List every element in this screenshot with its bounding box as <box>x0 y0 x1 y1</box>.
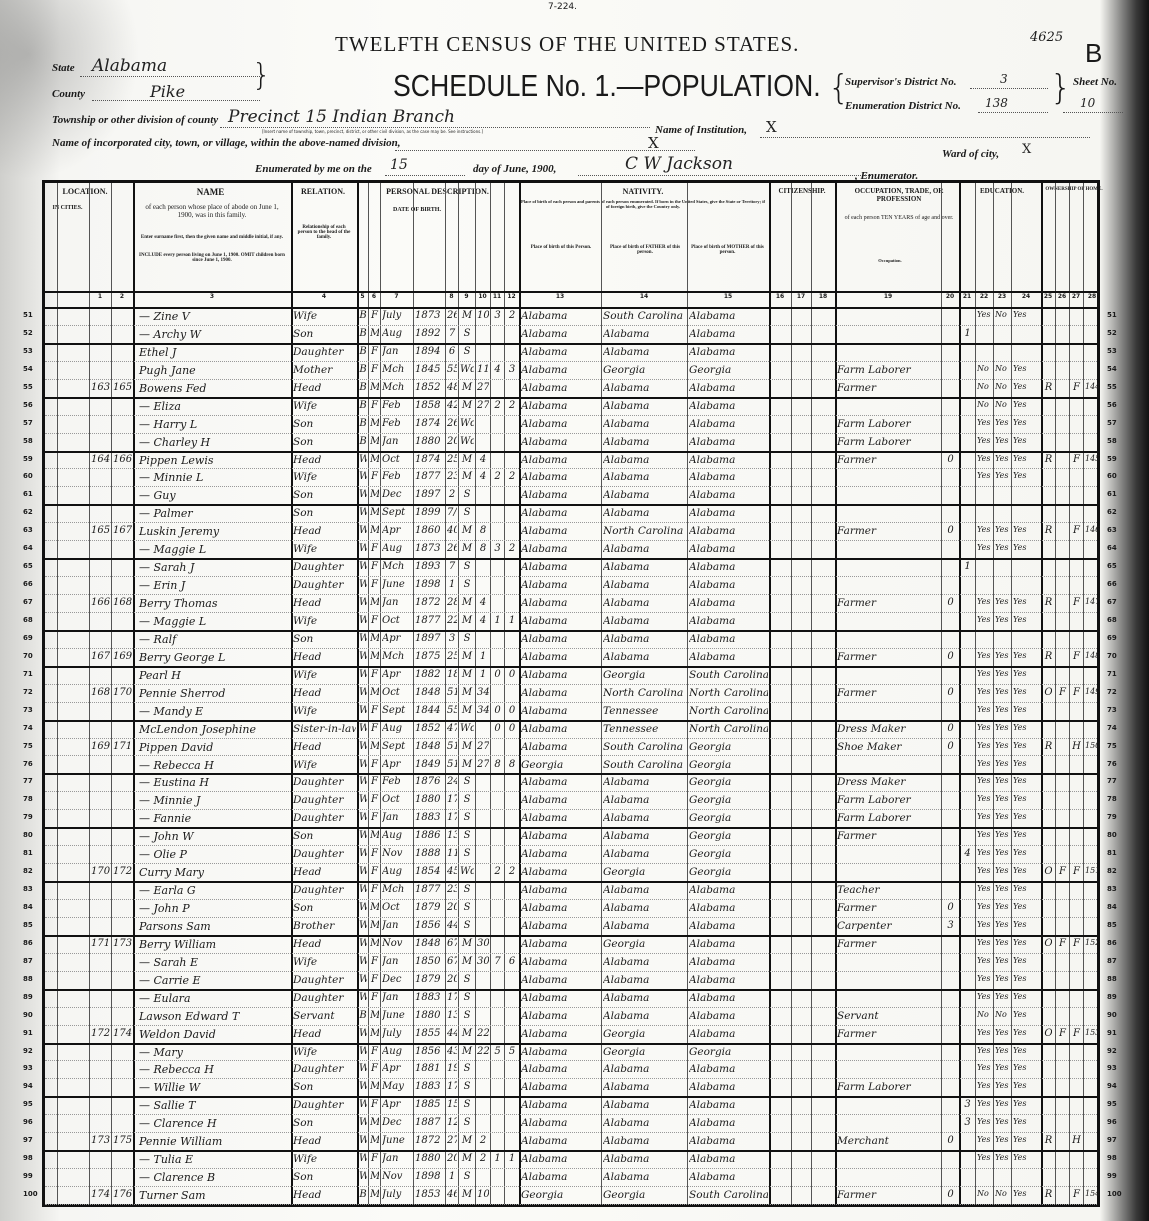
cell-year: 1883 <box>415 1081 444 1092</box>
line-number: 79 <box>23 813 33 821</box>
sheet-value: 10 <box>1080 96 1095 110</box>
cell-month: Jan <box>382 992 412 1003</box>
cell-mother-birth: Alabama <box>689 346 768 358</box>
cell-yrs-married: 34 <box>477 687 489 698</box>
cell-age: 67 <box>447 956 457 967</box>
cell-birth: Alabama <box>521 956 600 968</box>
cell-father-birth: Georgia <box>603 669 686 681</box>
cell-owned: O <box>1043 1028 1054 1039</box>
cell-age: 25 <box>447 454 457 465</box>
cell-name: Berry Thomas <box>135 597 294 610</box>
cell-farm: F <box>1071 866 1082 877</box>
cell-english: Yes <box>1013 310 1040 319</box>
line-number: 56 <box>1107 401 1117 409</box>
line-number: 83 <box>1107 885 1117 893</box>
cell-relation: Head <box>293 382 356 394</box>
cell-father-birth: Alabama <box>603 454 686 466</box>
cell-color: W <box>359 651 367 662</box>
column-number: 8 <box>445 293 458 300</box>
cell-marital: S <box>460 848 474 859</box>
cell-english: Yes <box>1013 812 1040 821</box>
cell-relation: Wife <box>293 1153 356 1165</box>
cell-english: Yes <box>1013 705 1040 714</box>
cell-color: W <box>359 1099 367 1110</box>
cell-color: W <box>359 830 367 841</box>
cell-occupation: Farmer <box>837 651 940 663</box>
header-occupation-col: Occupation. <box>840 258 940 263</box>
header-birth-person: Place of birth of this Person. <box>521 245 601 250</box>
cell-relation: Head <box>293 866 356 878</box>
cell-occupation: Farm Laborer <box>837 418 940 430</box>
column-number: 26 <box>1055 293 1069 300</box>
cell-read: Yes <box>977 830 992 839</box>
census-sheet: 7-224. TWELFTH CENSUS OF THE UNITED STAT… <box>0 0 1149 1221</box>
cell-relation: Son <box>293 1117 356 1129</box>
cell-father-birth: Georgia <box>603 1046 686 1058</box>
table-row: 8181— Olie PDaughterWFNov188811SAlabamaA… <box>45 845 1097 863</box>
cell-birth: Alabama <box>521 723 600 735</box>
cell-owned: R <box>1043 651 1054 662</box>
cell-age: 7/12 <box>447 507 457 518</box>
cell-month: Mch <box>382 561 412 572</box>
cell-marital: S <box>460 561 474 572</box>
cell-write: Yes <box>995 651 1010 660</box>
line-number: 52 <box>23 329 33 337</box>
cell-birth: Alabama <box>521 579 600 591</box>
cell-farm: F <box>1071 938 1082 949</box>
institution-label: Name of Institution, <box>655 124 747 136</box>
supervisor-value: 3 <box>1000 72 1008 86</box>
cell-birth: Alabama <box>521 1010 600 1022</box>
cell-month: Feb <box>382 471 412 482</box>
cell-month: Dec <box>382 489 412 500</box>
cell-dwelling: 165 <box>91 525 110 536</box>
cell-relation: Wife <box>293 615 356 627</box>
population-table: LOCATION. IN CITIES. NAME of each person… <box>42 180 1100 1207</box>
cell-occupation: Farmer <box>837 1189 940 1201</box>
cell-write: Yes <box>995 956 1010 965</box>
cell-year: 1848 <box>415 687 444 698</box>
header-name-note1: Enter surname first, then the given name… <box>137 235 287 240</box>
cell-mother-birth: Alabama <box>689 507 768 519</box>
cell-father-birth: Alabama <box>603 920 686 932</box>
line-number: 92 <box>23 1047 33 1055</box>
cell-sex: F <box>370 884 379 895</box>
cell-english: Yes <box>1013 938 1040 947</box>
cell-age: 45 <box>447 866 457 877</box>
table-row: 9090Lawson Edward TServantBMJune188013SA… <box>45 1007 1097 1025</box>
cell-mother-birth: Alabama <box>689 436 768 448</box>
cell-occupation: Merchant <box>837 1135 940 1147</box>
cell-english: Yes <box>1013 759 1040 768</box>
table-row: 8383— Earla GDaughterWFMch187723SAlabama… <box>45 881 1097 899</box>
line-number: 54 <box>1107 365 1117 373</box>
cell-occupation: Farmer <box>837 382 940 394</box>
cell-dwelling: 164 <box>91 454 110 465</box>
cell-sex: F <box>370 866 379 877</box>
column-number: 3 <box>133 293 291 300</box>
cell-color: B <box>359 346 367 357</box>
cell-year: 1873 <box>415 543 444 554</box>
line-number: 59 <box>1107 455 1117 463</box>
cell-marital: S <box>460 579 474 590</box>
cell-occupation: Shoe Maker <box>837 741 940 753</box>
cell-age: 40 <box>447 525 457 536</box>
cell-name: Turner Sam <box>135 1189 294 1202</box>
cell-sex: F <box>370 543 379 554</box>
cell-marital: S <box>460 1063 474 1074</box>
cell-year: 1872 <box>415 1135 444 1146</box>
cell-name: — Mandy E <box>135 705 294 718</box>
cell-month: Jan <box>382 597 412 608</box>
cell-year: 1882 <box>415 669 444 680</box>
cell-name: — Harry L <box>135 418 294 431</box>
cell-age: 27 <box>447 1135 457 1146</box>
cell-sex: F <box>370 561 379 572</box>
line-number: 64 <box>23 544 33 552</box>
cell-color: W <box>359 489 367 500</box>
cell-family: 172 <box>113 866 132 877</box>
cell-months-unemployed: 3 <box>943 920 958 931</box>
cell-mother-of: 2 <box>492 866 503 877</box>
cell-birth: Alabama <box>521 776 600 788</box>
day-line <box>385 175 465 176</box>
line-number: 69 <box>1107 634 1117 642</box>
cell-write: Yes <box>995 992 1010 1001</box>
column-number: 27 <box>1069 293 1083 300</box>
line-number: 87 <box>23 957 33 965</box>
table-row: 7878— Minnie JDaughterWFOct188017SAlabam… <box>45 791 1097 809</box>
city-value: X <box>648 134 659 152</box>
cell-name: — Mary <box>135 1046 294 1059</box>
cell-color: W <box>359 1046 367 1057</box>
cell-year: 1887 <box>415 1117 444 1128</box>
cell-write: Yes <box>995 687 1010 696</box>
cell-month: Feb <box>382 776 412 787</box>
cell-age: 55 <box>447 364 457 375</box>
cell-english: Yes <box>1013 615 1040 624</box>
cell-month: Jan <box>382 346 412 357</box>
cell-mother-birth: Georgia <box>689 759 768 771</box>
table-row: 9494— Willie WSonWMMay188317SAlabamaAlab… <box>45 1078 1097 1096</box>
cell-age: 19 <box>447 1063 457 1074</box>
cell-month: Jan <box>382 1153 412 1164</box>
line-number: 93 <box>23 1064 33 1072</box>
cell-month: July <box>382 1028 412 1039</box>
cell-write: Yes <box>995 723 1010 732</box>
cell-mother-of: 5 <box>492 1046 503 1057</box>
table-row: 9191172174Weldon DavidHeadWMJuly185544M2… <box>45 1025 1097 1043</box>
cell-name: — Rebecca H <box>135 759 294 772</box>
line-number: 75 <box>1107 742 1117 750</box>
sheet-line <box>1063 112 1123 113</box>
cell-read: Yes <box>977 418 992 427</box>
cell-year: 1877 <box>415 884 444 895</box>
cell-english: Yes <box>1013 436 1040 445</box>
cell-age: 55 <box>447 705 457 716</box>
cell-mother-birth: Alabama <box>689 418 768 430</box>
cell-birth: Alabama <box>521 687 600 699</box>
supervisor-line <box>970 88 1048 89</box>
cell-age: 26 <box>447 418 457 429</box>
cell-mother-birth: Georgia <box>689 830 768 842</box>
cell-english: Yes <box>1013 1046 1040 1055</box>
cell-mother-birth: Alabama <box>689 454 768 466</box>
cell-month: June <box>382 1135 412 1146</box>
cell-sex: F <box>370 776 379 787</box>
cell-color: W <box>359 884 367 895</box>
cell-color: W <box>359 615 367 626</box>
cell-sex: M <box>370 507 379 518</box>
table-row: 6363165167Luskin JeremyHeadWMApr186040M8… <box>45 522 1097 540</box>
state-value: Alabama <box>92 56 167 76</box>
line-number: 66 <box>1107 580 1117 588</box>
table-row: 6161— GuySonWMDec18972SAlabamaAlabamaAla… <box>45 486 1097 504</box>
column-number: 6 <box>368 293 380 300</box>
cell-english: Yes <box>1013 974 1040 983</box>
cell-family: 168 <box>113 597 132 608</box>
township-line <box>220 127 650 128</box>
cell-living: 0 <box>506 705 518 716</box>
cell-year: 1897 <box>415 489 444 500</box>
header-personal: PERSONAL DESCRIPTION. <box>360 187 515 196</box>
cell-occupation: Teacher <box>837 884 940 896</box>
cell-sex: M <box>370 382 379 393</box>
cell-sex: M <box>370 489 379 500</box>
cell-age: 17 <box>447 794 457 805</box>
cell-father-birth: Alabama <box>603 812 686 824</box>
cell-farm: F <box>1071 1028 1082 1039</box>
cell-read: Yes <box>977 902 992 911</box>
cell-month: June <box>382 1010 412 1021</box>
ward-value: X <box>1022 142 1031 157</box>
cell-write: No <box>995 400 1010 409</box>
line-number: 89 <box>1107 993 1117 1001</box>
cell-color: W <box>359 956 367 967</box>
cell-name: — Willie W <box>135 1081 294 1094</box>
cell-father-birth: South Carolina <box>603 310 686 322</box>
table-row: 7575169171Pippen DavidHeadWMSept184851M2… <box>45 738 1097 756</box>
table-row: 5959164166Pippen LewisHeadWMOct187425M4A… <box>45 451 1097 469</box>
cell-english: Yes <box>1013 1135 1040 1144</box>
cell-age: 13 <box>447 1010 457 1021</box>
cell-father-birth: Alabama <box>603 1135 686 1147</box>
cell-name: — Rebecca H <box>135 1063 294 1076</box>
cell-yrs-married: 4 <box>477 471 489 482</box>
cell-write: Yes <box>995 597 1010 606</box>
cell-mother-of: 3 <box>492 310 503 321</box>
line-number: 90 <box>23 1011 33 1019</box>
cell-marital: S <box>460 1171 474 1182</box>
cell-year: 1860 <box>415 525 444 536</box>
cell-read: Yes <box>977 471 992 480</box>
cell-read: Yes <box>977 597 992 606</box>
cell-name: Curry Mary <box>135 866 294 879</box>
table-row: 6868— Maggie LWifeWFOct187722M411Alabama… <box>45 612 1097 630</box>
cell-mother-of: 3 <box>492 543 503 554</box>
state-label: State <box>52 62 75 74</box>
cell-english: Yes <box>1013 364 1040 373</box>
cell-name: — Palmer <box>135 507 294 520</box>
cell-schedule: 145 <box>1085 454 1100 463</box>
cell-relation: Wife <box>293 759 356 771</box>
cell-mother-birth: Alabama <box>689 471 768 483</box>
line-number: 77 <box>23 777 33 785</box>
cell-father-birth: Alabama <box>603 579 686 591</box>
cell-name: — John P <box>135 902 294 915</box>
cell-yrs-married: 34 <box>477 705 489 716</box>
header-ownership: OWNERSHIP OF HOME. <box>1045 187 1103 192</box>
cell-yrs-married: 27 <box>477 759 489 770</box>
cell-read: Yes <box>977 1099 992 1108</box>
cell-marital: M <box>460 938 474 949</box>
cell-english: Yes <box>1013 418 1040 427</box>
cell-dwelling: 167 <box>91 651 110 662</box>
cell-yrs-married: 30 <box>477 956 489 967</box>
cell-name: — Minnie L <box>135 471 294 484</box>
cell-color: W <box>359 597 367 608</box>
cell-yrs-married: 4 <box>477 454 489 465</box>
cell-mother-of: 7 <box>492 956 503 967</box>
cell-year: 1897 <box>415 633 444 644</box>
cell-relation: Wife <box>293 400 356 412</box>
cell-living: 6 <box>506 956 518 967</box>
cell-name: Ethel J <box>135 346 294 359</box>
line-number: 65 <box>1107 562 1117 570</box>
cell-age: 22 <box>447 615 457 626</box>
cell-year: 1880 <box>415 1010 444 1021</box>
cell-month: Aug <box>382 328 412 339</box>
line-number: 86 <box>1107 939 1117 947</box>
cell-sex: M <box>370 633 379 644</box>
cell-year: 1883 <box>415 812 444 823</box>
cell-yrs-married: 1 <box>477 651 489 662</box>
table-row: 9595— Sallie TDaughterWFApr188515SAlabam… <box>45 1096 1097 1114</box>
cell-age: 18 <box>447 669 457 680</box>
cell-color: W <box>359 992 367 1003</box>
line-number: 93 <box>1107 1064 1117 1072</box>
cell-english: Yes <box>1013 830 1040 839</box>
supervisor-label: Supervisor's District No. <box>845 76 957 88</box>
cell-color: B <box>359 382 367 393</box>
cell-color: B <box>359 364 367 375</box>
cell-marital: S <box>460 346 474 357</box>
cell-age: 26 <box>447 543 457 554</box>
cell-month: Oct <box>382 615 412 626</box>
cell-mother-of: 1 <box>492 615 503 626</box>
cell-month: Feb <box>382 418 412 429</box>
cell-year: 1886 <box>415 830 444 841</box>
cell-year: 1875 <box>415 651 444 662</box>
cell-mother-of: 4 <box>492 364 503 375</box>
cell-write: No <box>995 1189 1010 1198</box>
cell-father-birth: Alabama <box>603 992 686 1004</box>
cell-birth: Alabama <box>521 866 600 878</box>
cell-owned: R <box>1043 525 1054 536</box>
cell-name: — Maggie L <box>135 615 294 628</box>
cell-age: 6 <box>447 346 457 357</box>
enumerated-prefix: Enumerated by me on the <box>255 163 372 175</box>
cell-birth: Alabama <box>521 848 600 860</box>
cell-color: W <box>359 454 367 465</box>
cell-year: 1856 <box>415 1046 444 1057</box>
cell-occupation: Servant <box>837 1010 940 1022</box>
cell-family: 165 <box>113 382 132 393</box>
cell-father-birth: Alabama <box>603 651 686 663</box>
sheet-letter: B <box>1085 38 1102 69</box>
cell-write: Yes <box>995 454 1010 463</box>
cell-month: Jan <box>382 436 412 447</box>
cell-farm: H <box>1071 741 1082 752</box>
census-title: TWELFTH CENSUS OF THE UNITED STATES. <box>335 32 799 57</box>
cell-year: 1898 <box>415 579 444 590</box>
cell-name: Pippen David <box>135 741 294 754</box>
column-number: 20 <box>941 293 959 300</box>
cell-relation: Head <box>293 525 356 537</box>
cell-marital: M <box>460 1135 474 1146</box>
cell-write: Yes <box>995 866 1010 875</box>
table-row: 5151— Zine VWifeBFJuly187326M1032Alabama… <box>45 307 1097 325</box>
cell-birth: Alabama <box>521 741 600 753</box>
cell-birth: Alabama <box>521 328 600 340</box>
cell-sex: M <box>370 1081 379 1092</box>
cell-write: Yes <box>995 812 1010 821</box>
cell-name: Lawson Edward T <box>135 1010 294 1023</box>
cell-mother-birth: Alabama <box>689 1081 768 1093</box>
cell-dwelling: 174 <box>91 1189 110 1200</box>
cell-year: 1894 <box>415 346 444 357</box>
cell-age: 17 <box>447 1081 457 1092</box>
cell-english: Yes <box>1013 1099 1040 1108</box>
column-number: 11 <box>490 293 504 300</box>
cell-age: 2 <box>447 489 457 500</box>
cell-yrs-married: 22 <box>477 1046 489 1057</box>
cell-birth: Alabama <box>521 1171 600 1183</box>
cell-yrs-married: 8 <box>477 525 489 536</box>
cell-sex: F <box>370 471 379 482</box>
cell-yrs-married: 27 <box>477 741 489 752</box>
brace: } <box>252 58 271 93</box>
line-number: 100 <box>23 1190 38 1198</box>
cell-year: 1879 <box>415 974 444 985</box>
cell-occupation: Farm Laborer <box>837 812 940 824</box>
cell-year: 1874 <box>415 454 444 465</box>
cell-family: 169 <box>113 651 132 662</box>
line-number: 62 <box>1107 508 1117 516</box>
cell-yrs-married: 2 <box>477 1135 489 1146</box>
line-number: 55 <box>23 383 33 391</box>
cell-write: Yes <box>995 776 1010 785</box>
cell-name: Berry William <box>135 938 294 951</box>
cell-read: Yes <box>977 615 992 624</box>
cell-occupation: Farmer <box>837 830 940 842</box>
cell-age: 15 <box>447 1099 457 1110</box>
cell-read: No <box>977 1189 992 1198</box>
cell-name: — Clarence B <box>135 1171 294 1184</box>
cell-sex: M <box>370 328 379 339</box>
cell-age: 13 <box>447 830 457 841</box>
cell-english: Yes <box>1013 1153 1040 1162</box>
cell-year: 1880 <box>415 436 444 447</box>
line-number: 91 <box>23 1029 33 1037</box>
cell-mother-birth: South Carolina <box>689 669 768 681</box>
cell-name: — Olie P <box>135 848 294 861</box>
cell-living: 2 <box>506 471 518 482</box>
cell-birth: Alabama <box>521 651 600 663</box>
cell-birth: Alabama <box>521 705 600 717</box>
cell-relation: Son <box>293 1171 356 1183</box>
line-number: 53 <box>1107 347 1117 355</box>
